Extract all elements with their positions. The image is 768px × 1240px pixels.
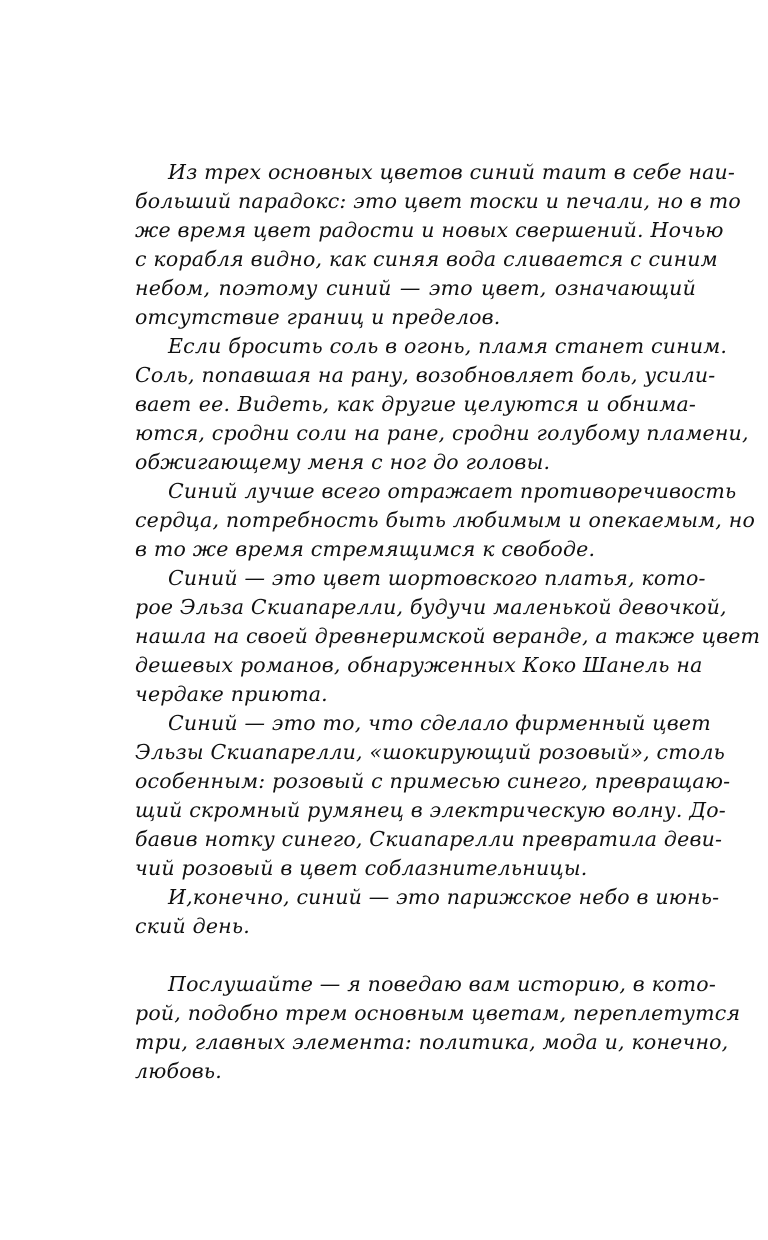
text-line: же время цвет радости и новых свершений.…: [135, 216, 696, 245]
text-line: Из трех основных цветов синий таит в себ…: [135, 158, 696, 187]
paragraph-3: Синий лучше всего отражает противоречиво…: [135, 477, 696, 564]
text-line: рое Эльза Скиапарелли, будучи маленькой …: [135, 593, 696, 622]
text-line: рой, подобно трем основным цветам, переп…: [135, 999, 696, 1028]
paragraph-5: Синий — это то, что сделало фирменный цв…: [135, 709, 696, 883]
text-line: больший парадокс: это цвет тоски и печал…: [135, 187, 696, 216]
text-line: отсутствие границ и пределов.: [135, 303, 696, 332]
text-line: бавив нотку синего, Скиапарелли преврати…: [135, 825, 696, 854]
paragraph-4: Синий — это цвет шортовского платья, кот…: [135, 564, 696, 709]
paragraph-gap: [135, 941, 696, 970]
paragraph-7: Послушайте — я поведаю вам историю, в ко…: [135, 970, 696, 1086]
text-line: Синий — это то, что сделало фирменный цв…: [135, 709, 696, 738]
text-line: в то же время стремящимся к свободе.: [135, 535, 696, 564]
text-line: обжигающему меня с ног до головы.: [135, 448, 696, 477]
paragraph-1: Из трех основных цветов синий таит в себ…: [135, 158, 696, 332]
text-line: ются, сродни соли на ране, сродни голубо…: [135, 419, 696, 448]
text-line: небом, поэтому синий — это цвет, означаю…: [135, 274, 696, 303]
text-line: нашла на своей древнеримской веранде, а …: [135, 622, 696, 651]
text-line: Синий лучше всего отражает противоречиво…: [135, 477, 696, 506]
text-line: три, главных элемента: политика, мода и,…: [135, 1028, 696, 1057]
text-line: чий розовый в цвет соблазнительницы.: [135, 854, 696, 883]
text-line: с корабля видно, как синяя вода сливаетс…: [135, 245, 696, 274]
text-line: особенным: розовый с примесью синего, пр…: [135, 767, 696, 796]
text-line: чердаке приюта.: [135, 680, 696, 709]
book-page: Из трех основных цветов синий таит в себ…: [0, 0, 768, 1240]
text-line: Если бросить соль в огонь, пламя станет …: [135, 332, 696, 361]
paragraph-6: И,конечно, синий — это парижское небо в …: [135, 883, 696, 941]
text-line: Соль, попавшая на рану, возобновляет бол…: [135, 361, 696, 390]
text-line: Послушайте — я поведаю вам историю, в ко…: [135, 970, 696, 999]
paragraph-2: Если бросить соль в огонь, пламя станет …: [135, 332, 696, 477]
text-line: И,конечно, синий — это парижское небо в …: [135, 883, 696, 912]
text-line: щий скромный румянец в электрическую вол…: [135, 796, 696, 825]
body-text: Из трех основных цветов синий таит в себ…: [135, 158, 696, 1086]
text-line: сердца, потребность быть любимым и опека…: [135, 506, 696, 535]
text-line: любовь.: [135, 1057, 696, 1086]
text-line: дешевых романов, обнаруженных Коко Шанел…: [135, 651, 696, 680]
text-line: ский день.: [135, 912, 696, 941]
text-line: Синий — это цвет шортовского платья, кот…: [135, 564, 696, 593]
text-line: Эльзы Скиапарелли, «шокирующий розовый»,…: [135, 738, 696, 767]
text-line: вает ее. Видеть, как другие целуются и о…: [135, 390, 696, 419]
